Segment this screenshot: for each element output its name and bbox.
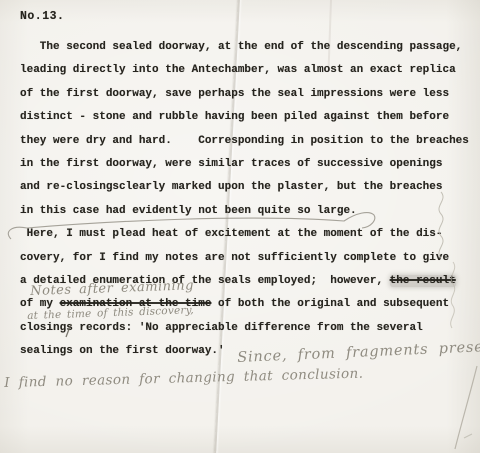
insertion-note-above: Notes after examining <box>30 278 194 299</box>
handwritten-annotations: Notes after examiningat the time of this… <box>0 0 480 453</box>
document-page: No.13. The second sealed doorway, at the… <box>0 0 480 453</box>
conclusion-note-bottom: I find no reason for changing that concl… <box>4 366 364 391</box>
margin-note-right: Since, from fragments preserved, <box>237 337 480 366</box>
insertion-note-below: at the time of this discovery, <box>27 304 194 322</box>
